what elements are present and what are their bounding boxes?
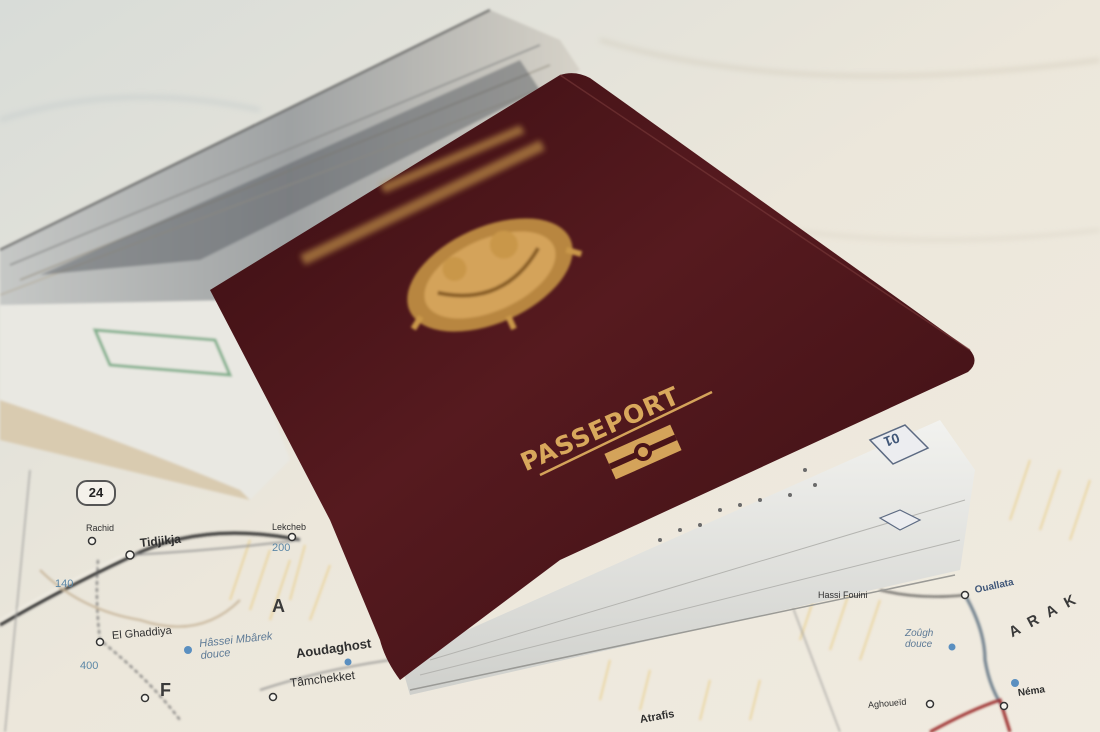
map-label: 200 [272, 542, 290, 554]
map-label: Rachid [86, 523, 114, 533]
route-badge: 24 [76, 480, 116, 506]
map-label: 140 [55, 578, 73, 590]
map-label: 400 [80, 660, 98, 672]
map-label: F [160, 680, 185, 701]
map-label: Zoûgh douce [905, 628, 955, 650]
map-label: Lekcheb [272, 522, 306, 532]
map-label: Hassi Fouini [818, 590, 868, 600]
photo-scene [0, 0, 1100, 732]
map-label: A [272, 596, 299, 617]
